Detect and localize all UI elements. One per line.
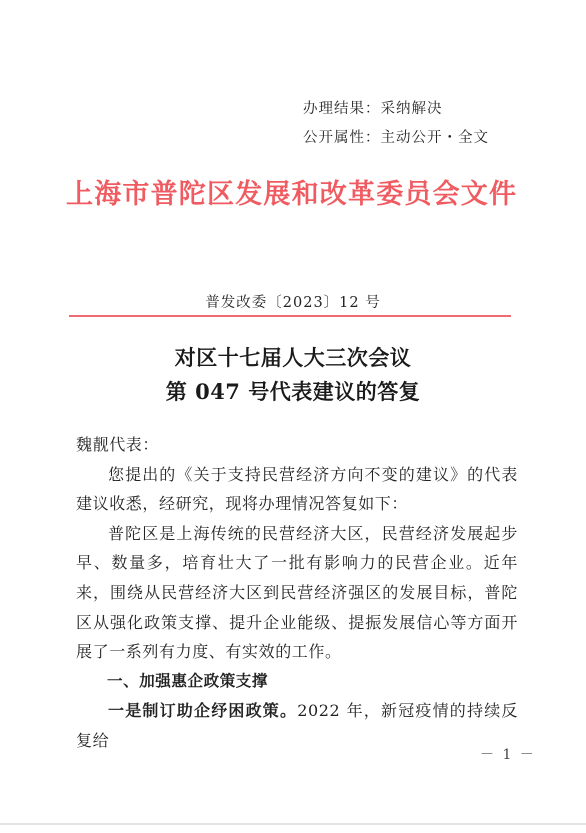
page-bottom-edge (0, 823, 586, 825)
document-title-line-1: 对区十七届人大三次会议 (0, 342, 586, 372)
paragraph-lead: 一是制订助企纾困政策。 (108, 701, 297, 720)
disclosure-attribute: 公开属性：主动公开・全文 (303, 126, 489, 147)
salutation: 魏靓代表： (76, 430, 518, 460)
document-page: 办理结果：采纳解决 公开属性：主动公开・全文 上海市普陀区发展和改革委员会文件 … (0, 0, 586, 833)
disclosure-value: 主动公开・全文 (381, 130, 490, 146)
issuing-organization-title: 上海市普陀区发展和改革委员会文件 (66, 172, 526, 211)
section-heading-1: 一、加强惠企政策支撑 (76, 667, 518, 697)
paragraph-overview: 普陀区是上海传统的民营经济大区，民营经济发展起步早、数量多，培育壮大了一批有影响… (76, 519, 518, 667)
document-body: 魏靓代表： 您提出的《关于支持民营经济方向不变的建议》的代表建议收悉，经研究，现… (76, 430, 518, 756)
handling-result-value: 采纳解决 (381, 101, 443, 117)
handling-result-label: 办理结果： (303, 101, 381, 117)
paragraph-intro: 您提出的《关于支持民营经济方向不变的建议》的代表建议收悉，经研究，现将办理情况答… (76, 460, 518, 519)
red-separator-line (69, 315, 511, 317)
paragraph-policy: 一是制订助企纾困政策。2022 年，新冠疫情的持续反复给 (76, 696, 518, 755)
handling-result: 办理结果：采纳解决 (303, 97, 443, 118)
document-title-line-2: 第 047 号代表建议的答复 (0, 376, 586, 406)
disclosure-label: 公开属性： (303, 130, 381, 146)
page-number: － 1 － (480, 744, 536, 764)
document-number: 普发改委〔2023〕12 号 (0, 291, 586, 312)
